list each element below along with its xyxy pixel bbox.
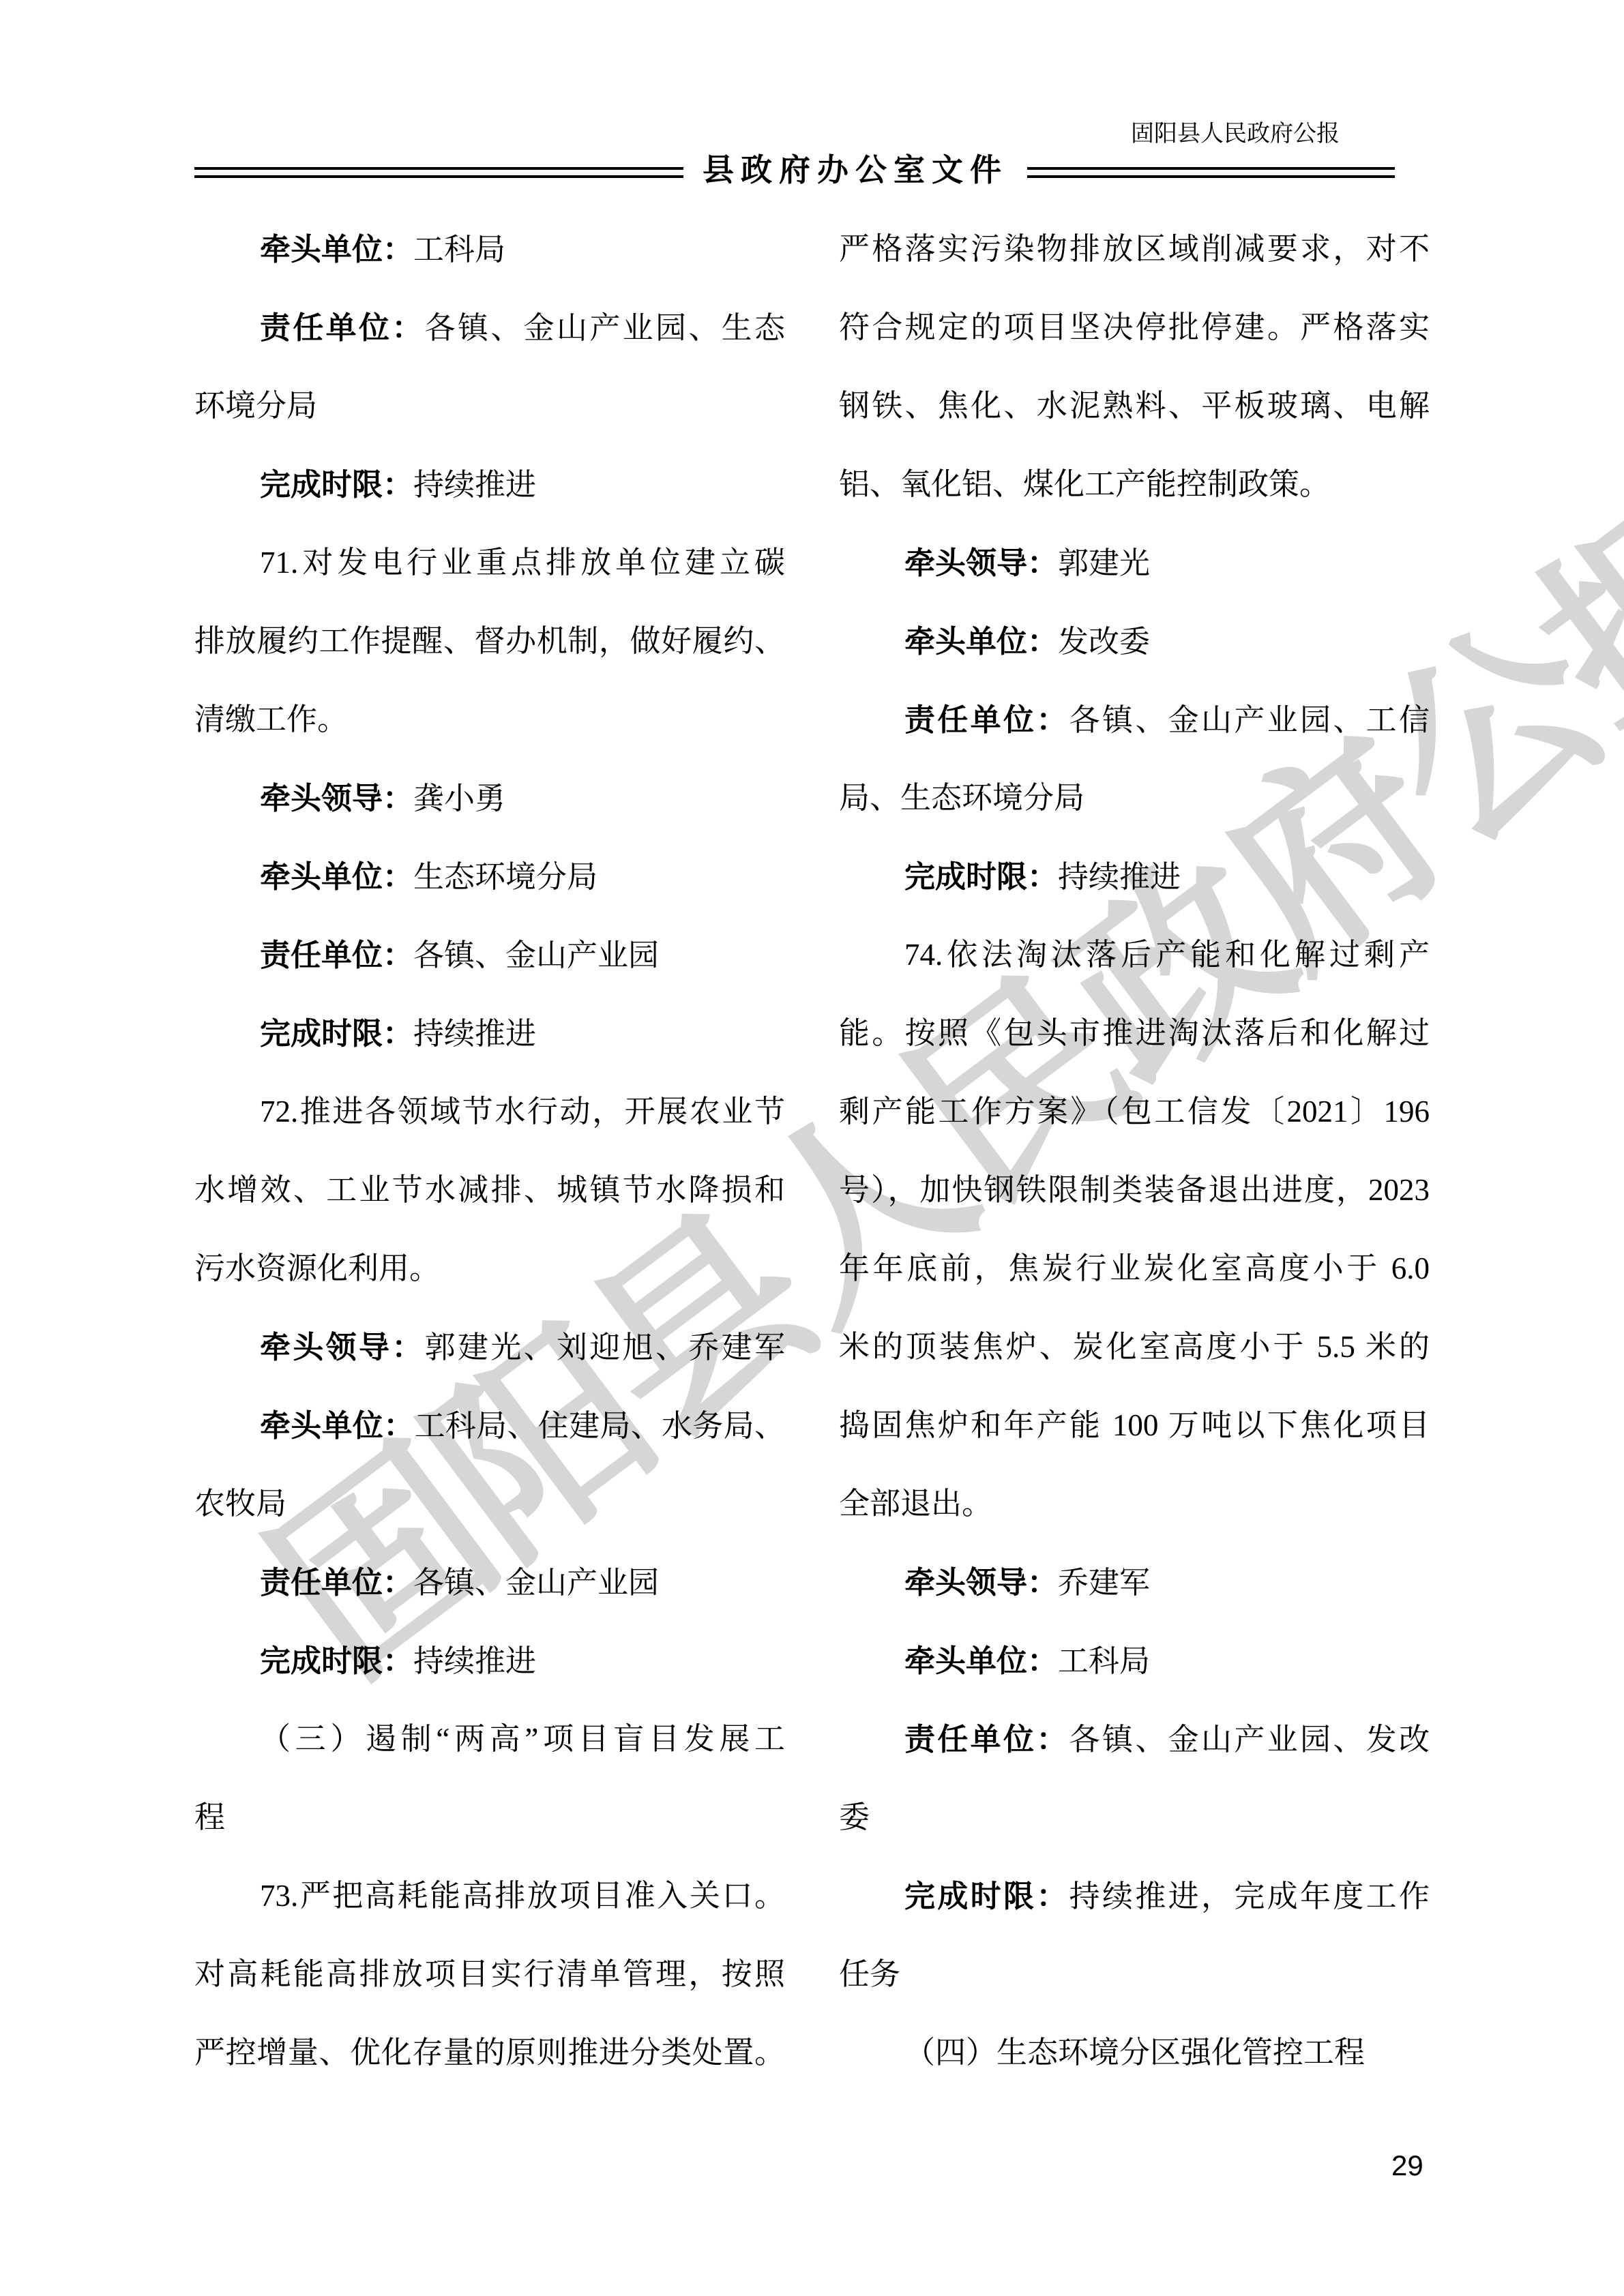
text-line: 符合规定的项目坚决停批停建。严格落实	[839, 288, 1430, 367]
text-line: 牵头单位：发改委	[839, 602, 1430, 681]
text-line: 牵头领导：龚小勇	[194, 759, 785, 837]
text-line: 责任单位：各镇、金山产业园、工信	[839, 681, 1430, 759]
text-line: 严控增量、优化存量的原则推进分类处置。	[194, 2014, 785, 2092]
text-line: 水增效、工业节水减排、城镇节水降损和	[194, 1151, 785, 1229]
text-line: 清缴工作。	[194, 681, 785, 759]
text-line: 完成时限：持续推进	[194, 1622, 785, 1700]
text-line: 责任单位：各镇、金山产业园	[194, 916, 785, 994]
field-text: 符合规定的项目坚决停批停建。严格落实	[839, 310, 1430, 344]
text-line: 剩产能工作方案》（包工信发〔2021〕196	[839, 1073, 1430, 1151]
text-line: 程	[194, 1778, 785, 1857]
text-line: 号），加快钢铁限制类装备退出进度，2023	[839, 1151, 1430, 1229]
field-label: 责任单位：	[904, 1722, 1069, 1757]
field-label: 责任单位：	[260, 938, 413, 972]
text-line: 铝、氧化铝、煤化工产能控制政策。	[839, 445, 1430, 524]
field-text: 持续推进	[413, 468, 536, 502]
field-label: 牵头领导：	[260, 1330, 425, 1365]
text-line: 责任单位：各镇、金山产业园、生态	[194, 288, 785, 367]
text-line: 排放履约工作提醒、督办机制，做好履约、	[194, 602, 785, 681]
text-line: 牵头单位：生态环境分局	[194, 837, 785, 916]
field-label: 责任单位：	[260, 310, 425, 345]
field-label: 完成时限：	[260, 1016, 413, 1051]
text-line: 责任单位：各镇、金山产业园	[194, 1543, 785, 1622]
text-line: 牵头单位：工科局	[839, 1622, 1430, 1700]
text-line: 责任单位：各镇、金山产业园、发改	[839, 1700, 1430, 1778]
field-text: 环境分局	[194, 389, 317, 423]
field-text: 严控增量、优化存量的原则推进分类处置。	[194, 2036, 785, 2070]
text-line: 任务	[839, 1935, 1430, 2014]
field-text: 73.严把高耗能高排放项目准入关口。	[260, 1879, 785, 1913]
field-text: 委	[839, 1800, 870, 1834]
field-text: 74.依法淘汰落后产能和化解过剩产	[904, 938, 1430, 972]
field-label: 责任单位：	[260, 1565, 413, 1600]
gazette-page: 固阳县人民政府公报 固阳县人民政府公报 县政府办公室文件 牵头单位：工科局责任单…	[0, 0, 1624, 2296]
field-label: 牵头单位：	[260, 1408, 415, 1443]
field-label: 完成时限：	[904, 859, 1058, 894]
text-line: 捣固焦炉和年产能 100 万吨以下焦化项目	[839, 1386, 1430, 1465]
field-text: （三）遏制“两高”项目盲目发展工	[260, 1722, 785, 1756]
field-text: 号），加快钢铁限制类装备退出进度，2023	[839, 1173, 1430, 1207]
field-text: 全部退出。	[839, 1487, 992, 1521]
field-text: 工科局	[1058, 1644, 1150, 1678]
text-line: 环境分局	[194, 367, 785, 445]
field-text: 剩产能工作方案》（包工信发〔2021〕196	[839, 1094, 1430, 1129]
field-text: 对高耗能高排放项目实行清单管理，按照	[194, 1957, 785, 1991]
field-text: 排放履约工作提醒、督办机制，做好履约、	[194, 624, 785, 658]
text-line: 委	[839, 1778, 1430, 1857]
text-line: 牵头单位：工科局	[194, 210, 785, 288]
text-column-left: 牵头单位：工科局责任单位：各镇、金山产业园、生态环境分局完成时限：持续推进71.…	[194, 210, 785, 2092]
field-text: 生态环境分局	[413, 860, 597, 894]
text-line: 对高耗能高排放项目实行清单管理，按照	[194, 1935, 785, 2014]
field-text: 各镇、金山产业园	[413, 938, 659, 972]
page-number: 29	[1391, 2149, 1423, 2182]
text-line: 完成时限：持续推进	[839, 837, 1430, 916]
banner-title: 县政府办公室文件	[683, 151, 1027, 190]
field-label: 牵头单位：	[904, 1643, 1058, 1678]
text-line: 牵头单位：工科局、住建局、水务局、	[194, 1386, 785, 1465]
field-text: 乔建军	[1058, 1566, 1150, 1600]
field-text: 郭建光	[1058, 546, 1150, 580]
text-line: 污水资源化利用。	[194, 1229, 785, 1308]
field-text: 水增效、工业节水减排、城镇节水降损和	[194, 1173, 785, 1207]
text-line: 71.对发电行业重点排放单位建立碳	[194, 524, 785, 602]
field-text: 捣固焦炉和年产能 100 万吨以下焦化项目	[839, 1408, 1430, 1442]
text-column-right: 严格落实污染物排放区域削减要求，对不符合规定的项目坚决停批停建。严格落实钢铁、焦…	[839, 210, 1430, 2092]
text-line: 严格落实污染物排放区域削减要求，对不	[839, 210, 1430, 288]
text-line: 73.严把高耗能高排放项目准入关口。	[194, 1857, 785, 1935]
text-line: （三）遏制“两高”项目盲目发展工	[194, 1700, 785, 1778]
field-text: 能。按照《包头市推进淘汰落后和化解过	[839, 1016, 1430, 1050]
text-line: 局、生态环境分局	[839, 759, 1430, 837]
text-line: 牵头领导：郭建光	[839, 524, 1430, 602]
field-label: 牵头单位：	[260, 232, 413, 267]
field-label: 完成时限：	[260, 467, 413, 502]
text-line: 完成时限：持续推进，完成年度工作	[839, 1857, 1430, 1935]
text-line: 74.依法淘汰落后产能和化解过剩产	[839, 916, 1430, 994]
field-text: 工科局、住建局、水务局、	[415, 1409, 785, 1443]
text-line: 完成时限：持续推进	[194, 994, 785, 1073]
field-text: 龚小勇	[413, 781, 505, 816]
field-label: 牵头领导：	[904, 546, 1058, 580]
field-text: 发改委	[1058, 625, 1150, 659]
text-line: （四）生态环境分区强化管控工程	[839, 2014, 1430, 2092]
text-line: 能。按照《包头市推进淘汰落后和化解过	[839, 994, 1430, 1073]
field-label: 完成时限：	[260, 1643, 413, 1678]
field-label: 牵头单位：	[260, 859, 413, 894]
field-label: 责任单位：	[904, 702, 1069, 737]
field-text: 严格落实污染物排放区域削减要求，对不	[839, 232, 1430, 266]
field-label: 牵头领导：	[904, 1565, 1058, 1600]
field-text: 各镇、金山产业园、生态	[425, 311, 785, 345]
field-label: 完成时限：	[904, 1879, 1069, 1913]
field-text: 各镇、金山产业园、发改	[1069, 1723, 1430, 1757]
field-text: 农牧局	[194, 1487, 286, 1521]
text-line: 钢铁、焦化、水泥熟料、平板玻璃、电解	[839, 367, 1430, 445]
field-text: 年年底前，焦炭行业炭化室高度小于 6.0	[839, 1251, 1430, 1285]
field-text: 局、生态环境分局	[839, 781, 1084, 815]
masthead-title: 固阳县人民政府公报	[1131, 115, 1340, 148]
field-text: 钢铁、焦化、水泥熟料、平板玻璃、电解	[839, 389, 1430, 423]
field-label: 牵头领导：	[260, 781, 413, 816]
field-text: 各镇、金山产业园	[413, 1566, 659, 1600]
field-text: 米的顶装焦炉、炭化室高度小于 5.5 米的	[839, 1330, 1430, 1364]
field-text: 污水资源化利用。	[194, 1251, 440, 1285]
text-line: 72.推进各领域节水行动，开展农业节	[194, 1073, 785, 1151]
field-text: 郭建光、刘迎旭、乔建军	[425, 1330, 785, 1365]
field-text: 持续推进	[1058, 860, 1181, 894]
text-line: 牵头领导：郭建光、刘迎旭、乔建军	[194, 1308, 785, 1386]
field-text: 工科局	[413, 233, 505, 267]
field-text: 各镇、金山产业园、工信	[1069, 703, 1430, 737]
text-line: 农牧局	[194, 1465, 785, 1543]
field-text: 71.对发电行业重点排放单位建立碳	[260, 546, 785, 580]
field-text: 铝、氧化铝、煤化工产能控制政策。	[839, 467, 1330, 501]
field-label: 牵头单位：	[904, 624, 1058, 659]
field-text: 任务	[839, 1957, 900, 1991]
field-text: 72.推进各领域节水行动，开展农业节	[260, 1094, 785, 1129]
text-line: 米的顶装焦炉、炭化室高度小于 5.5 米的	[839, 1308, 1430, 1386]
text-line: 完成时限：持续推进	[194, 445, 785, 524]
field-text: 持续推进	[413, 1644, 536, 1678]
field-text: 程	[194, 1800, 225, 1834]
field-text: 持续推进	[413, 1017, 536, 1051]
field-text: 清缴工作。	[194, 702, 348, 736]
text-line: 年年底前，焦炭行业炭化室高度小于 6.0	[839, 1229, 1430, 1308]
text-line: 牵头领导：乔建军	[839, 1543, 1430, 1622]
text-line: 全部退出。	[839, 1465, 1430, 1543]
field-text: （四）生态环境分区强化管控工程	[904, 2036, 1365, 2070]
field-text: 持续推进，完成年度工作	[1069, 1879, 1430, 1913]
